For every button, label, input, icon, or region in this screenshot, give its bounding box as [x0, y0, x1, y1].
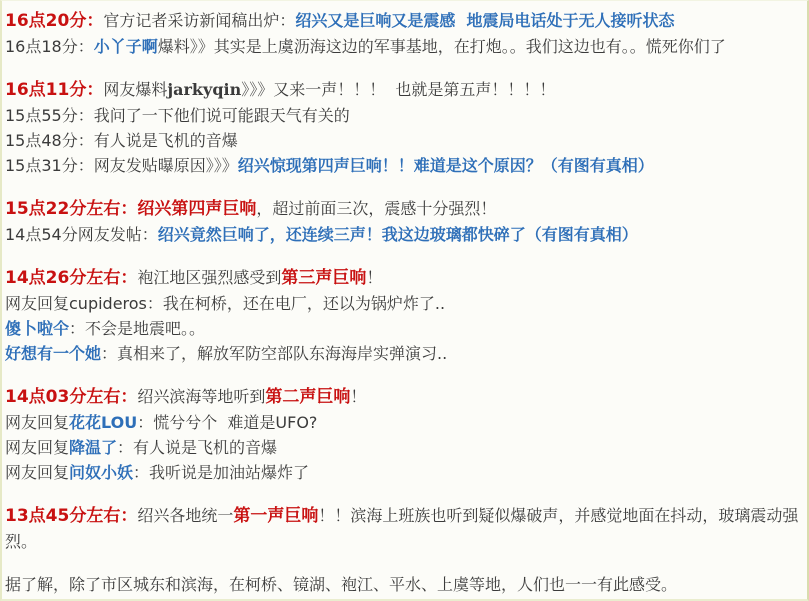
message-text: 官方记者采访新闻稿出炉：	[103, 11, 295, 30]
feed: 16点20分：官方记者采访新闻稿出炉：绍兴又是巨响又是震感 地震局电话处于无人接…	[5, 8, 801, 597]
message-text: 绍兴各地统一	[137, 506, 233, 525]
nickname: 好想有一个她	[5, 344, 101, 363]
message-text: ，超过前面三次，震感十分强烈！	[256, 199, 496, 218]
feed-line: 15点55分：我问了一下他们说可能跟天气有关的	[5, 103, 801, 128]
highlight-text: 绍兴第四声巨响	[137, 199, 256, 219]
nickname: 花花LOU	[69, 413, 137, 432]
message-text: 爆料》》其实是上虞沥海这边的军事基地，在打炮。。我们这边也有。。慌死你们了	[158, 37, 726, 56]
feed-line: 15点31分：网友发贴曝原因》》》绍兴惊现第四声巨响！！难道是这个原因？（有图有…	[5, 153, 801, 178]
message-text: 据了解，除了市区城东和滨海，在柯桥、镜湖、袍江、平水、上虞等地，人们也一一有此感…	[5, 575, 677, 594]
message-text: ：有人说是飞机的音爆	[117, 438, 277, 457]
message-text: ：慌兮兮个 难道是UFO?	[137, 413, 317, 432]
message-text: ：我听说是加油站爆炸了	[133, 463, 309, 482]
feed-line: 傻卜啦仐：不会是地震吧。。	[5, 316, 801, 341]
feed-line: 14点26分左右：袍江地区强烈感受到第三声巨响！	[5, 265, 801, 291]
feed-line: 网友回复问奴小妖：我听说是加油站爆炸了	[5, 460, 801, 485]
feed-line: 网友回复cupideros：我在柯桥，还在电厂，还以为锅炉炸了..	[5, 291, 801, 316]
message-text: 》》》又来一声！！！ 也就是第五声！！！！	[241, 80, 555, 99]
feed-line: 网友回复降温了：有人说是飞机的音爆	[5, 435, 801, 460]
feed-line: 14点03分左右：绍兴滨海等地听到第二声巨响！	[5, 384, 801, 410]
nickname: 降温了	[69, 438, 117, 457]
feed-section: 13点45分左右：绍兴各地统一第一声巨响！！滨海上班族也听到疑似爆破声，并感觉地…	[5, 503, 801, 554]
feed-line: 16点11分：网友爆料jarkyqin》》》又来一声！！！ 也就是第五声！！！！	[5, 77, 801, 103]
feed-line: 15点48分：有人说是飞机的音爆	[5, 128, 801, 153]
feed-line: 14点54分网友发帖：绍兴竟然巨响了，还连续三声！我这边玻璃都快碎了（有图有真相…	[5, 222, 801, 247]
feed-line: 好想有一个她：真相来了，解放军防空部队东海海岸实弹演习..	[5, 341, 801, 366]
message-text: ：真相来了，解放军防空部队东海海岸实弹演习..	[101, 344, 447, 363]
headline-link[interactable]: 绍兴竟然巨响了，还连续三声！我这边玻璃都快碎了（有图有真相）	[158, 225, 638, 244]
message-text: 网友回复	[5, 463, 69, 482]
message-text: 15点31分：网友发贴曝原因》》》	[5, 156, 238, 175]
timestamp: 13点45分左右：	[5, 506, 137, 526]
username-text: jarkyqin	[167, 80, 241, 99]
feed-line: 13点45分左右：绍兴各地统一第一声巨响！！滨海上班族也听到疑似爆破声，并感觉地…	[5, 503, 801, 554]
highlight-text: 第二声巨响	[265, 387, 350, 407]
message-text: ！	[350, 387, 366, 406]
nickname: 问奴小妖	[69, 463, 133, 482]
feed-section: 14点26分左右：袍江地区强烈感受到第三声巨响！网友回复cupideros：我在…	[5, 265, 801, 366]
message-text: ：不会是地震吧。。	[69, 319, 205, 338]
feed-section: 16点20分：官方记者采访新闻稿出炉：绍兴又是巨响又是震感 地震局电话处于无人接…	[5, 8, 801, 59]
feed-line: 16点18分：小丫子啊爆料》》其实是上虞沥海这边的军事基地，在打炮。。我们这边也…	[5, 34, 801, 59]
timestamp: 16点20分：	[5, 11, 103, 31]
feed-section: 14点03分左右：绍兴滨海等地听到第二声巨响！网友回复花花LOU：慌兮兮个 难道…	[5, 384, 801, 485]
feed-line: 15点22分左右：绍兴第四声巨响，超过前面三次，震感十分强烈！	[5, 196, 801, 222]
nickname: 小丫子啊	[94, 37, 158, 56]
headline-link[interactable]: 绍兴惊现第四声巨响！！难道是这个原因？（有图有真相）	[238, 156, 654, 175]
highlight-text: 第一声巨响	[233, 506, 318, 526]
feed-section: 15点22分左右：绍兴第四声巨响，超过前面三次，震感十分强烈！14点54分网友发…	[5, 196, 801, 247]
message-text: 网友回复	[5, 438, 69, 457]
news-feed-page: 16点20分：官方记者采访新闻稿出炉：绍兴又是巨响又是震感 地震局电话处于无人接…	[0, 0, 809, 601]
feed-line: 据了解，除了市区城东和滨海，在柯桥、镜湖、袍江、平水、上虞等地，人们也一一有此感…	[5, 572, 801, 597]
feed-line: 16点20分：官方记者采访新闻稿出炉：绍兴又是巨响又是震感 地震局电话处于无人接…	[5, 8, 801, 34]
feed-section: 16点11分：网友爆料jarkyqin》》》又来一声！！！ 也就是第五声！！！！…	[5, 77, 801, 178]
message-text: 16点18分：	[5, 37, 94, 56]
message-text: 网友爆料	[103, 80, 167, 99]
timestamp: 14点03分左右：	[5, 387, 137, 407]
feed-line: 网友回复花花LOU：慌兮兮个 难道是UFO?	[5, 410, 801, 435]
message-text: ！	[366, 268, 382, 287]
message-text: 袍江地区强烈感受到	[137, 268, 281, 287]
headline-link[interactable]: 绍兴又是巨响又是震感 地震局电话处于无人接听状态	[295, 11, 674, 30]
message-text: 网友回复	[5, 413, 69, 432]
message-text: 绍兴滨海等地听到	[137, 387, 265, 406]
timestamp: 15点22分左右：	[5, 199, 137, 219]
timestamp: 16点11分：	[5, 80, 103, 100]
message-text: 15点48分：有人说是飞机的音爆	[5, 131, 238, 150]
feed-section: 据了解，除了市区城东和滨海，在柯桥、镜湖、袍江、平水、上虞等地，人们也一一有此感…	[5, 572, 801, 597]
message-text: 14点54分网友发帖：	[5, 225, 158, 244]
highlight-text: 第三声巨响	[281, 268, 366, 288]
message-text: 15点55分：我问了一下他们说可能跟天气有关的	[5, 106, 350, 125]
nickname: 傻卜啦仐	[5, 319, 69, 338]
message-text: 网友回复cupideros：我在柯桥，还在电厂，还以为锅炉炸了..	[5, 294, 445, 313]
timestamp: 14点26分左右：	[5, 268, 137, 288]
